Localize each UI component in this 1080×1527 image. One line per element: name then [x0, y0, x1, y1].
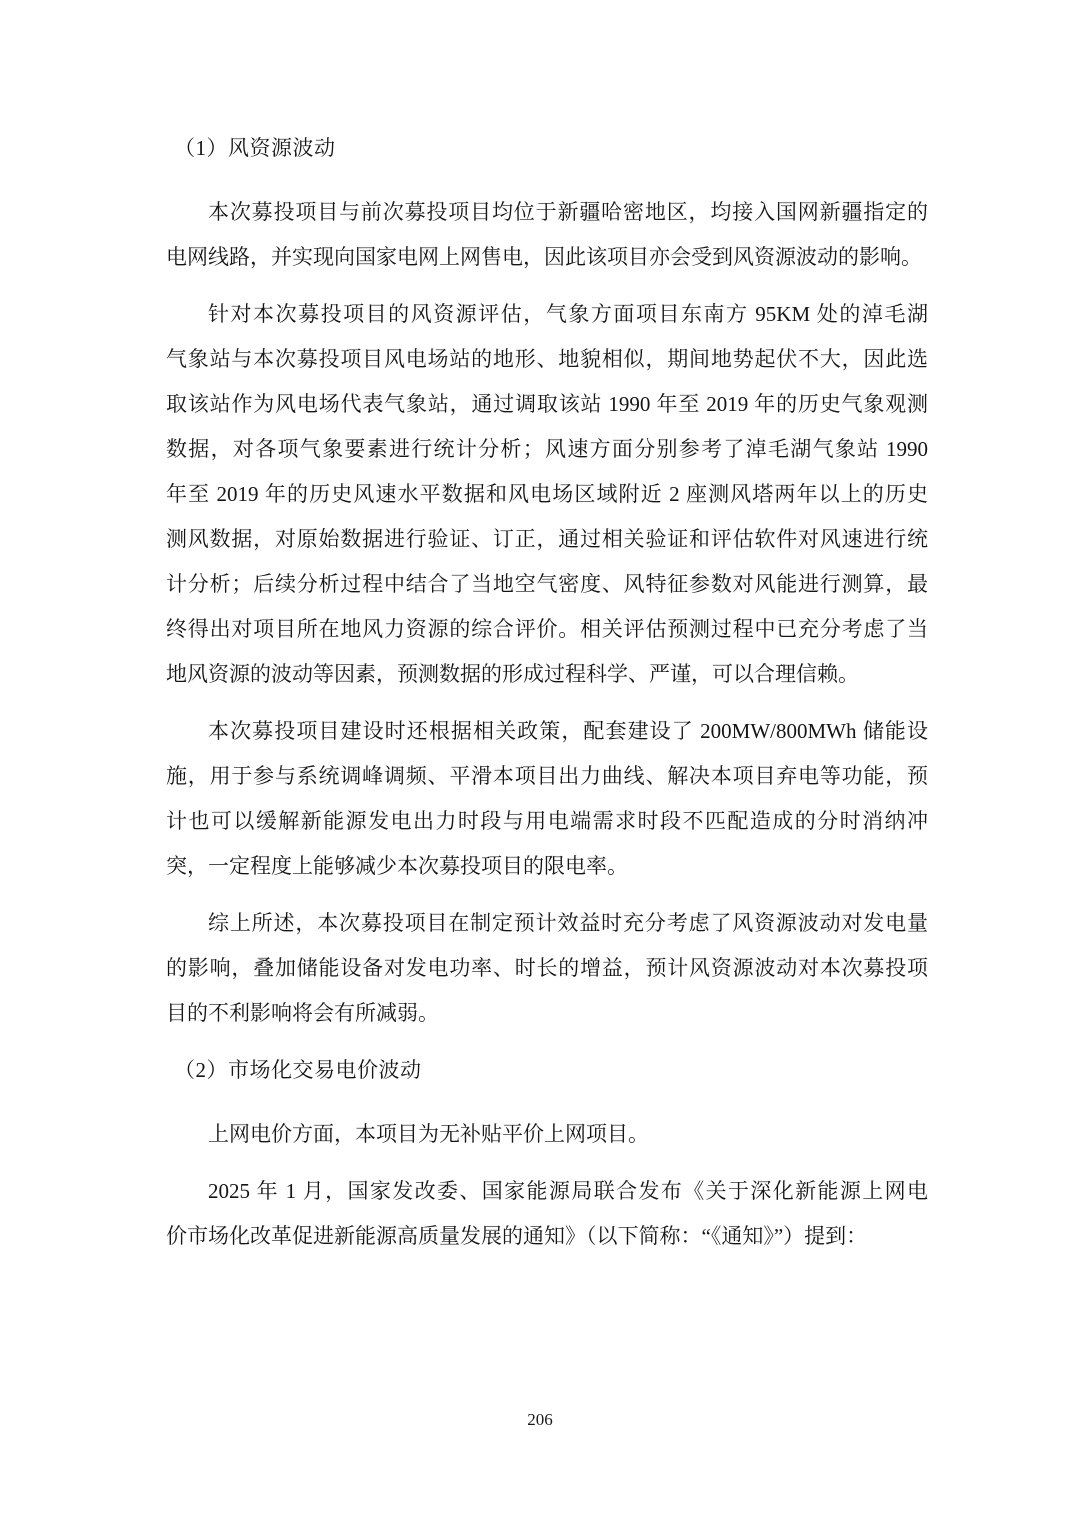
document-page: { "content": { "blocks": [ { "type": "he…	[0, 0, 1080, 1527]
text-line: 上网电价方面，本项目为无补贴平价上网项目。	[166, 1112, 928, 1157]
section-1-heading: （1）风资源波动	[166, 126, 928, 171]
document-body: （1）风资源波动本次募投项目与前次募投项目均位于新疆哈密地区，均接入国网新疆指定…	[166, 126, 928, 1271]
text-line: 地风资源的波动等因素，预测数据的形成过程科学、严谨，可以合理信赖。	[166, 652, 928, 697]
paragraph-wind-resource-intro: 本次募投项目与前次募投项目均位于新疆哈密地区，均接入国网新疆指定的电网线路，并实…	[166, 190, 928, 280]
text-line: 年至 2019 年的历史风速水平数据和风电场区域附近 2 座测风塔两年以上的历史	[166, 472, 928, 517]
paragraph-storage-facility: 本次募投项目建设时还根据相关政策，配套建设了 200MW/800MWh 储能设施…	[166, 709, 928, 889]
text-line: 本次募投项目建设时还根据相关政策，配套建设了 200MW/800MWh 储能设	[166, 709, 928, 754]
paragraph-wind-conclusion: 综上所述，本次募投项目在制定预计效益时充分考虑了风资源波动对发电量的影响，叠加储…	[166, 901, 928, 1036]
text-line: （2）市场化交易电价波动	[166, 1048, 936, 1093]
text-line: （1）风资源波动	[166, 126, 936, 171]
text-line: 测风数据，对原始数据进行验证、订正，通过相关验证和评估软件对风速进行统	[166, 517, 928, 562]
paragraph-policy-notice: 2025 年 1 月，国家发改委、国家能源局联合发布《关于深化新能源上网电价市场…	[166, 1169, 928, 1259]
text-line: 2025 年 1 月，国家发改委、国家能源局联合发布《关于深化新能源上网电	[166, 1169, 928, 1214]
text-line: 气象站与本次募投项目风电场站的地形、地貌相似，期间地势起伏不大，因此选	[166, 337, 928, 382]
text-line: 施，用于参与系统调峰调频、平滑本项目出力曲线、解决本项目弃电等功能，预	[166, 754, 928, 799]
page-number: 206	[0, 1410, 1080, 1430]
text-line: 的影响，叠加储能设备对发电功率、时长的增益，预计风资源波动对本次募投项	[166, 946, 928, 991]
text-line: 价市场化改革促进新能源高质量发展的通知》（以下简称：“《通知》”）提到：	[166, 1214, 928, 1259]
paragraph-grid-price: 上网电价方面，本项目为无补贴平价上网项目。	[166, 1112, 928, 1157]
text-line: 针对本次募投项目的风资源评估，气象方面项目东南方 95KM 处的淖毛湖	[166, 292, 928, 337]
text-line: 数据，对各项气象要素进行统计分析；风速方面分别参考了淖毛湖气象站 1990	[166, 427, 928, 472]
text-line: 计也可以缓解新能源发电出力时段与用电端需求时段不匹配造成的分时消纳冲	[166, 799, 928, 844]
text-line: 目的不利影响将会有所减弱。	[166, 991, 928, 1036]
text-line: 电网线路，并实现向国家电网上网售电，因此该项目亦会受到风资源波动的影响。	[166, 235, 928, 280]
paragraph-wind-assessment: 针对本次募投项目的风资源评估，气象方面项目东南方 95KM 处的淖毛湖气象站与本…	[166, 292, 928, 697]
text-line: 综上所述，本次募投项目在制定预计效益时充分考虑了风资源波动对发电量	[166, 901, 928, 946]
text-line: 终得出对项目所在地风力资源的综合评价。相关评估预测过程中已充分考虑了当	[166, 607, 928, 652]
section-2-heading: （2）市场化交易电价波动	[166, 1048, 928, 1093]
text-line: 取该站作为风电场代表气象站，通过调取该站 1990 年至 2019 年的历史气象…	[166, 382, 928, 427]
text-line: 突，一定程度上能够减少本次募投项目的限电率。	[166, 844, 928, 889]
text-line: 本次募投项目与前次募投项目均位于新疆哈密地区，均接入国网新疆指定的	[166, 190, 928, 235]
text-line: 计分析；后续分析过程中结合了当地空气密度、风特征参数对风能进行测算，最	[166, 562, 928, 607]
